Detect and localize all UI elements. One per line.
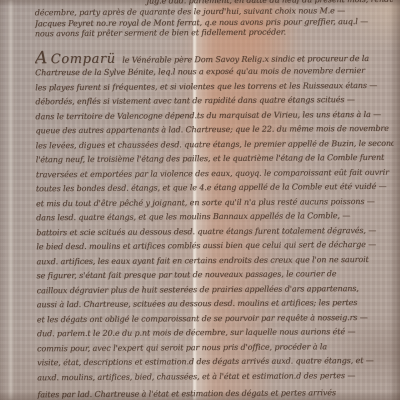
main-paragraph: A Comparü le Vénérable père Dom Savoy Re…	[35, 48, 395, 400]
intro-paragraph: jug.e dud. parlement, en datte du neuf d…	[35, 0, 393, 40]
left-fold-crease	[6, 0, 15, 400]
heading-rest: le Vénérable père Dom Savoy Relig.x sind…	[122, 54, 369, 65]
drop-initial: A	[35, 48, 48, 66]
manuscript-text-layer: jug.e dud. parlement, en datte du neuf d…	[35, 0, 398, 400]
manuscript-line: auxd. moulins, artifices, bied, chaussée…	[37, 368, 395, 385]
manuscript-line-cut: faites par lad. Chartreuse à l'état et e…	[37, 386, 395, 400]
manuscript-line: nous avons fait prêter serment de bien e…	[35, 27, 393, 40]
manuscript-page: jug.e dud. parlement, en datte du neuf d…	[0, 0, 400, 400]
page-edge-left	[0, 0, 4, 400]
heading-word: Comparü	[51, 52, 120, 67]
